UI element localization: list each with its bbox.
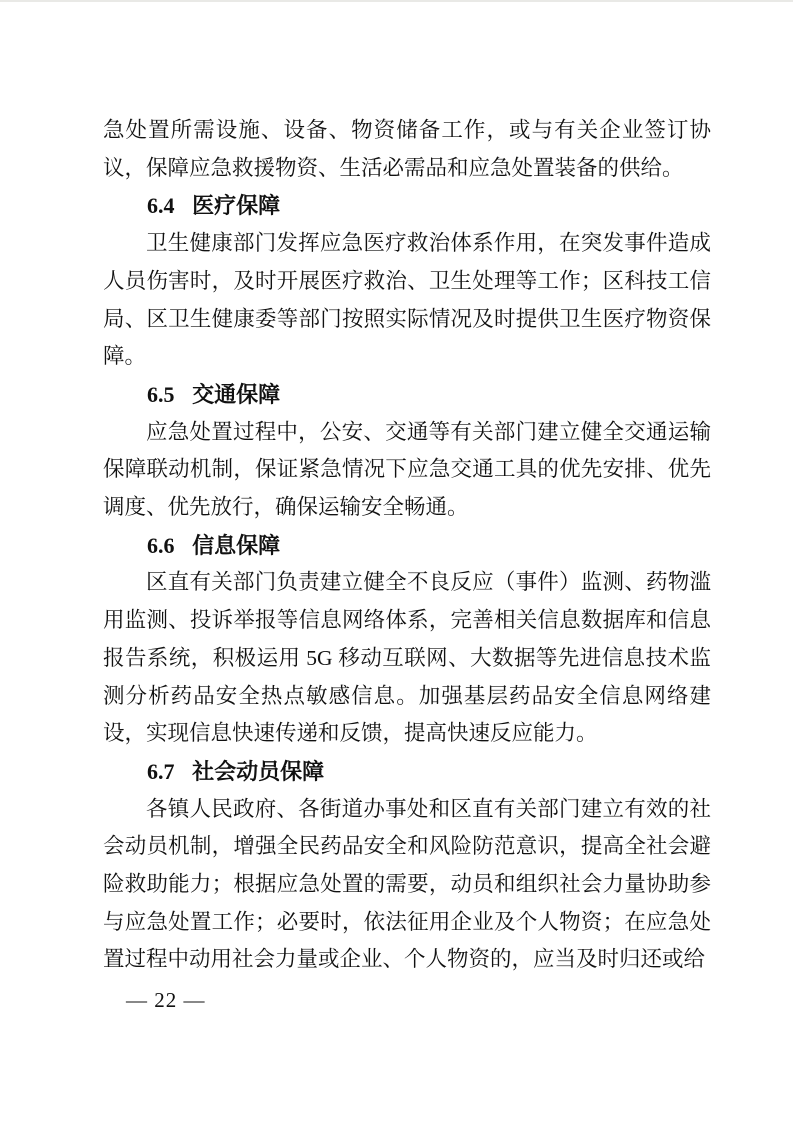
section-title: 社会动员保障 bbox=[192, 759, 324, 784]
section-number: 6.5 bbox=[147, 382, 175, 407]
section-heading-6-6: 6.6 信息保障 bbox=[103, 527, 711, 565]
section-heading-6-5: 6.5 交通保障 bbox=[103, 376, 711, 414]
section-6-7-paragraph: 各镇人民政府、各街道办事处和区直有关部门建立有效的社会动员机制，增强全民药品安全… bbox=[103, 791, 711, 980]
section-heading-6-4: 6.4 医疗保障 bbox=[103, 187, 711, 225]
page-number: — 22 — bbox=[126, 985, 206, 1015]
section-heading-6-7: 6.7 社会动员保障 bbox=[103, 753, 711, 791]
section-6-6-paragraph: 区直有关部门负责建立健全不良反应（事件）监测、药物滥用监测、投诉举报等信息网络体… bbox=[103, 564, 711, 753]
section-title: 医疗保障 bbox=[192, 193, 280, 218]
section-6-4-paragraph: 卫生健康部门发挥应急医疗救治体系作用，在突发事件造成人员伤害时，及时开展医疗救治… bbox=[103, 225, 711, 376]
continuation-paragraph: 急处置所需设施、设备、物资储备工作，或与有关企业签订协议，保障应急救援物资、生活… bbox=[103, 112, 711, 187]
section-title: 交通保障 bbox=[192, 382, 280, 407]
section-number: 6.6 bbox=[147, 533, 175, 558]
section-6-5-paragraph: 应急处置过程中，公安、交通等有关部门建立健全交通运输保障联动机制，保证紧急情况下… bbox=[103, 414, 711, 527]
section-number: 6.7 bbox=[147, 759, 175, 784]
section-title: 信息保障 bbox=[192, 533, 280, 558]
document-page: 急处置所需设施、设备、物资储备工作，或与有关企业签订协议，保障应急救援物资、生活… bbox=[0, 0, 793, 1122]
document-body: 急处置所需设施、设备、物资储备工作，或与有关企业签订协议，保障应急救援物资、生活… bbox=[103, 112, 711, 979]
scan-edge-artifact bbox=[0, 0, 793, 2]
section-number: 6.4 bbox=[147, 193, 175, 218]
